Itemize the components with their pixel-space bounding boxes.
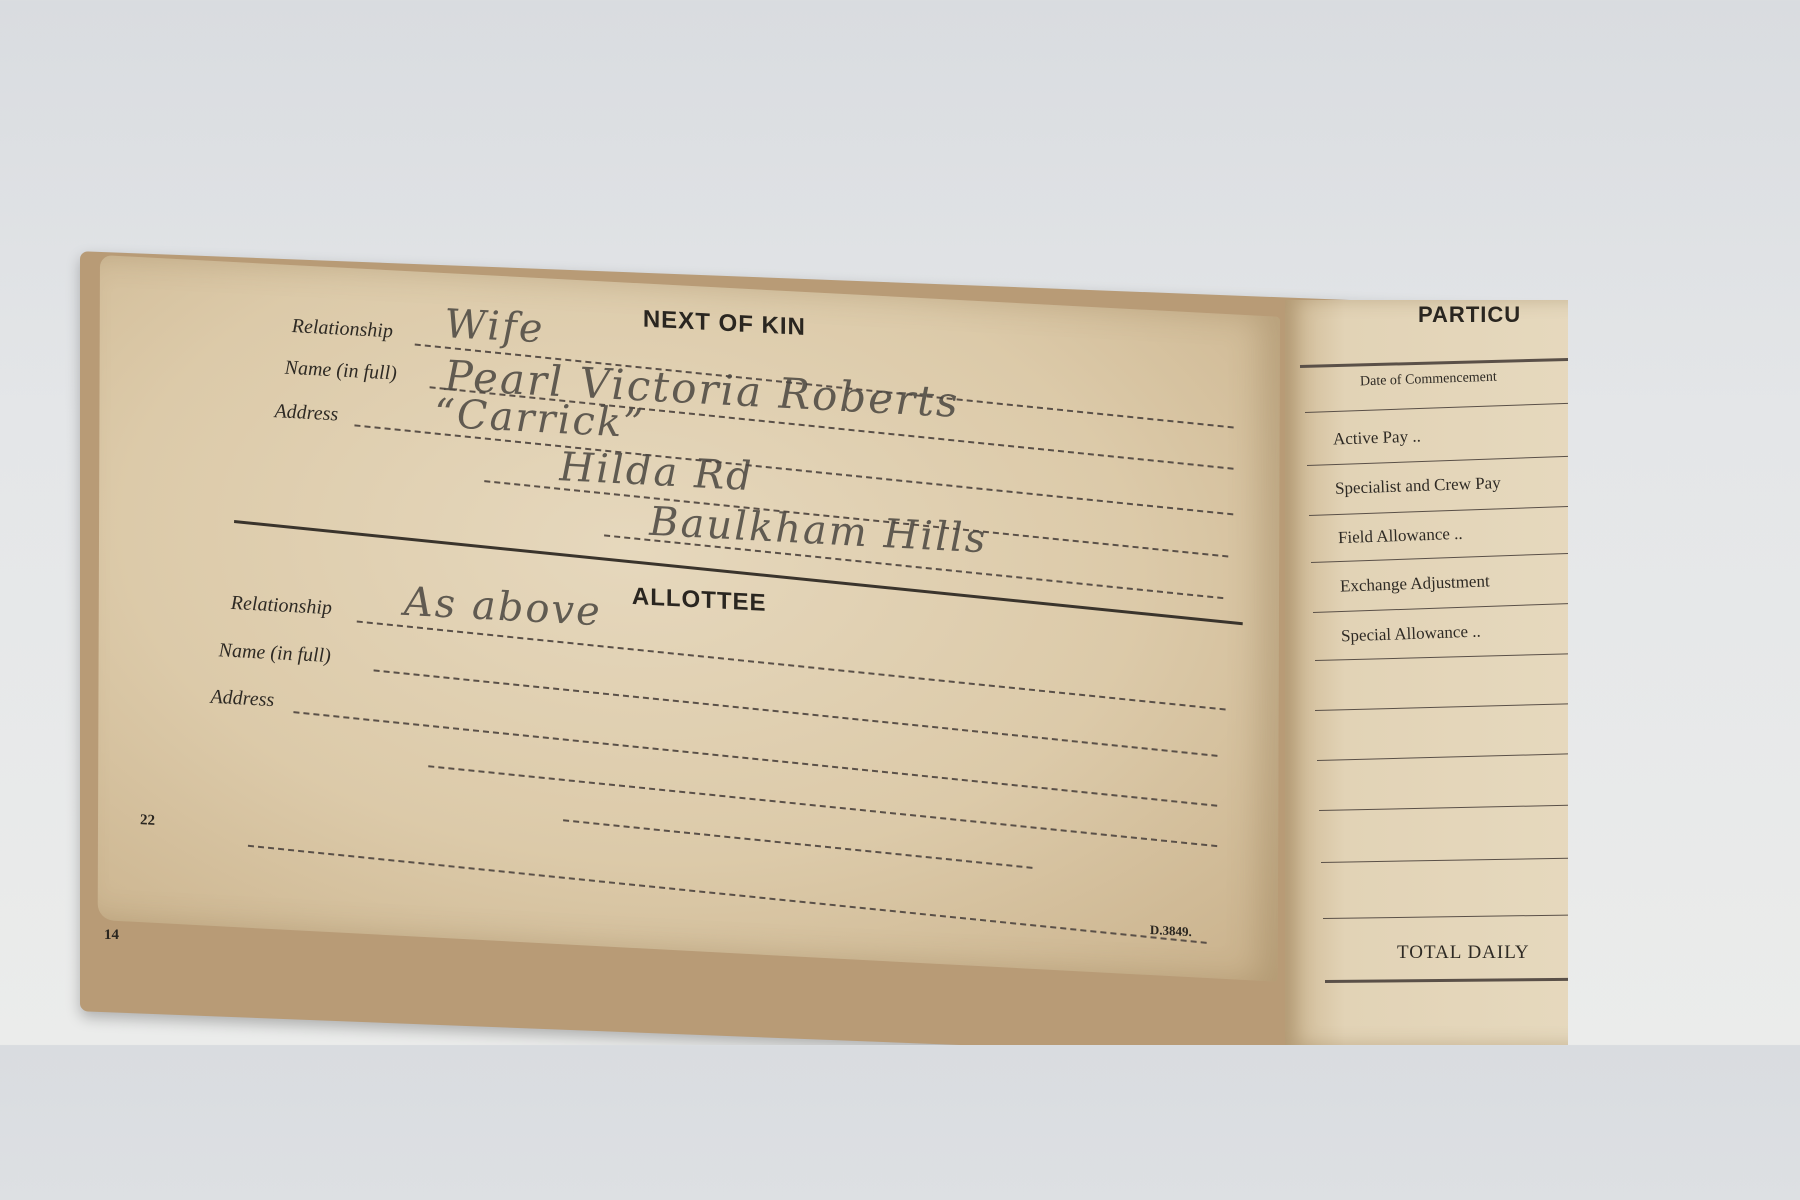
- row-exchange-adjustment: Exchange Adjustment: [1340, 571, 1490, 596]
- row-divider: [1319, 804, 1568, 811]
- row-divider: [1317, 752, 1568, 761]
- header-rule: [1300, 357, 1568, 368]
- total-rule: [1325, 977, 1568, 983]
- nok-relationship-value: Wife: [445, 301, 545, 352]
- next-of-kin-heading: NEXT OF KIN: [643, 305, 806, 342]
- page-number: 22: [140, 812, 155, 830]
- date-of-commencement-header: Date of Commencement: [1360, 370, 1497, 391]
- allottee-address-line-2: [428, 765, 1217, 847]
- allottee-heading: ALLOTTEE: [632, 583, 767, 618]
- row-special-allowance: Special Allowance ..: [1341, 622, 1481, 647]
- total-daily-label: TOTAL DAILY: [1397, 942, 1530, 964]
- nok-name-label: Name (in full): [285, 357, 397, 386]
- row-active-pay: Active Pay ..: [1333, 426, 1421, 449]
- row-divider: [1305, 402, 1568, 413]
- allottee-address-line-4: [248, 845, 1207, 944]
- nok-address-value-1: “Carrick”: [434, 391, 645, 448]
- allottee-relationship-label: Relationship: [231, 592, 332, 620]
- row-divider: [1321, 857, 1568, 863]
- left-page: NEXT OF KIN Relationship Wife Name (in f…: [98, 255, 1280, 982]
- row-divider: [1307, 455, 1568, 466]
- row-divider: [1311, 552, 1568, 563]
- row-field-allowance: Field Allowance ..: [1338, 524, 1463, 548]
- row-divider: [1315, 702, 1568, 711]
- nok-address-value-3: Baulkham Hills: [649, 499, 987, 563]
- right-page-heading: PARTICU: [1418, 302, 1521, 328]
- row-divider: [1309, 505, 1568, 516]
- allottee-relationship-value: As above: [404, 579, 602, 635]
- underlying-page-number: 14: [104, 927, 119, 944]
- row-specialist-crew-pay: Specialist and Crew Pay: [1335, 473, 1501, 499]
- allottee-relationship-line: [357, 620, 1226, 710]
- nok-relationship-label: Relationship: [292, 315, 393, 343]
- row-divider: [1313, 602, 1568, 613]
- row-divider: [1323, 914, 1568, 919]
- form-code: D.3849.: [1150, 922, 1192, 940]
- allottee-address-line-1: [293, 711, 1217, 807]
- allottee-name-line: [374, 669, 1218, 756]
- allottee-name-label: Name (in full): [219, 639, 331, 668]
- row-divider: [1315, 652, 1568, 661]
- right-page: PARTICU Date of Commencement Active Pay …: [1285, 300, 1568, 1045]
- nok-address-label: Address: [274, 400, 338, 426]
- allottee-address-label: Address: [210, 686, 274, 712]
- allottee-address-line-3: [563, 819, 1032, 869]
